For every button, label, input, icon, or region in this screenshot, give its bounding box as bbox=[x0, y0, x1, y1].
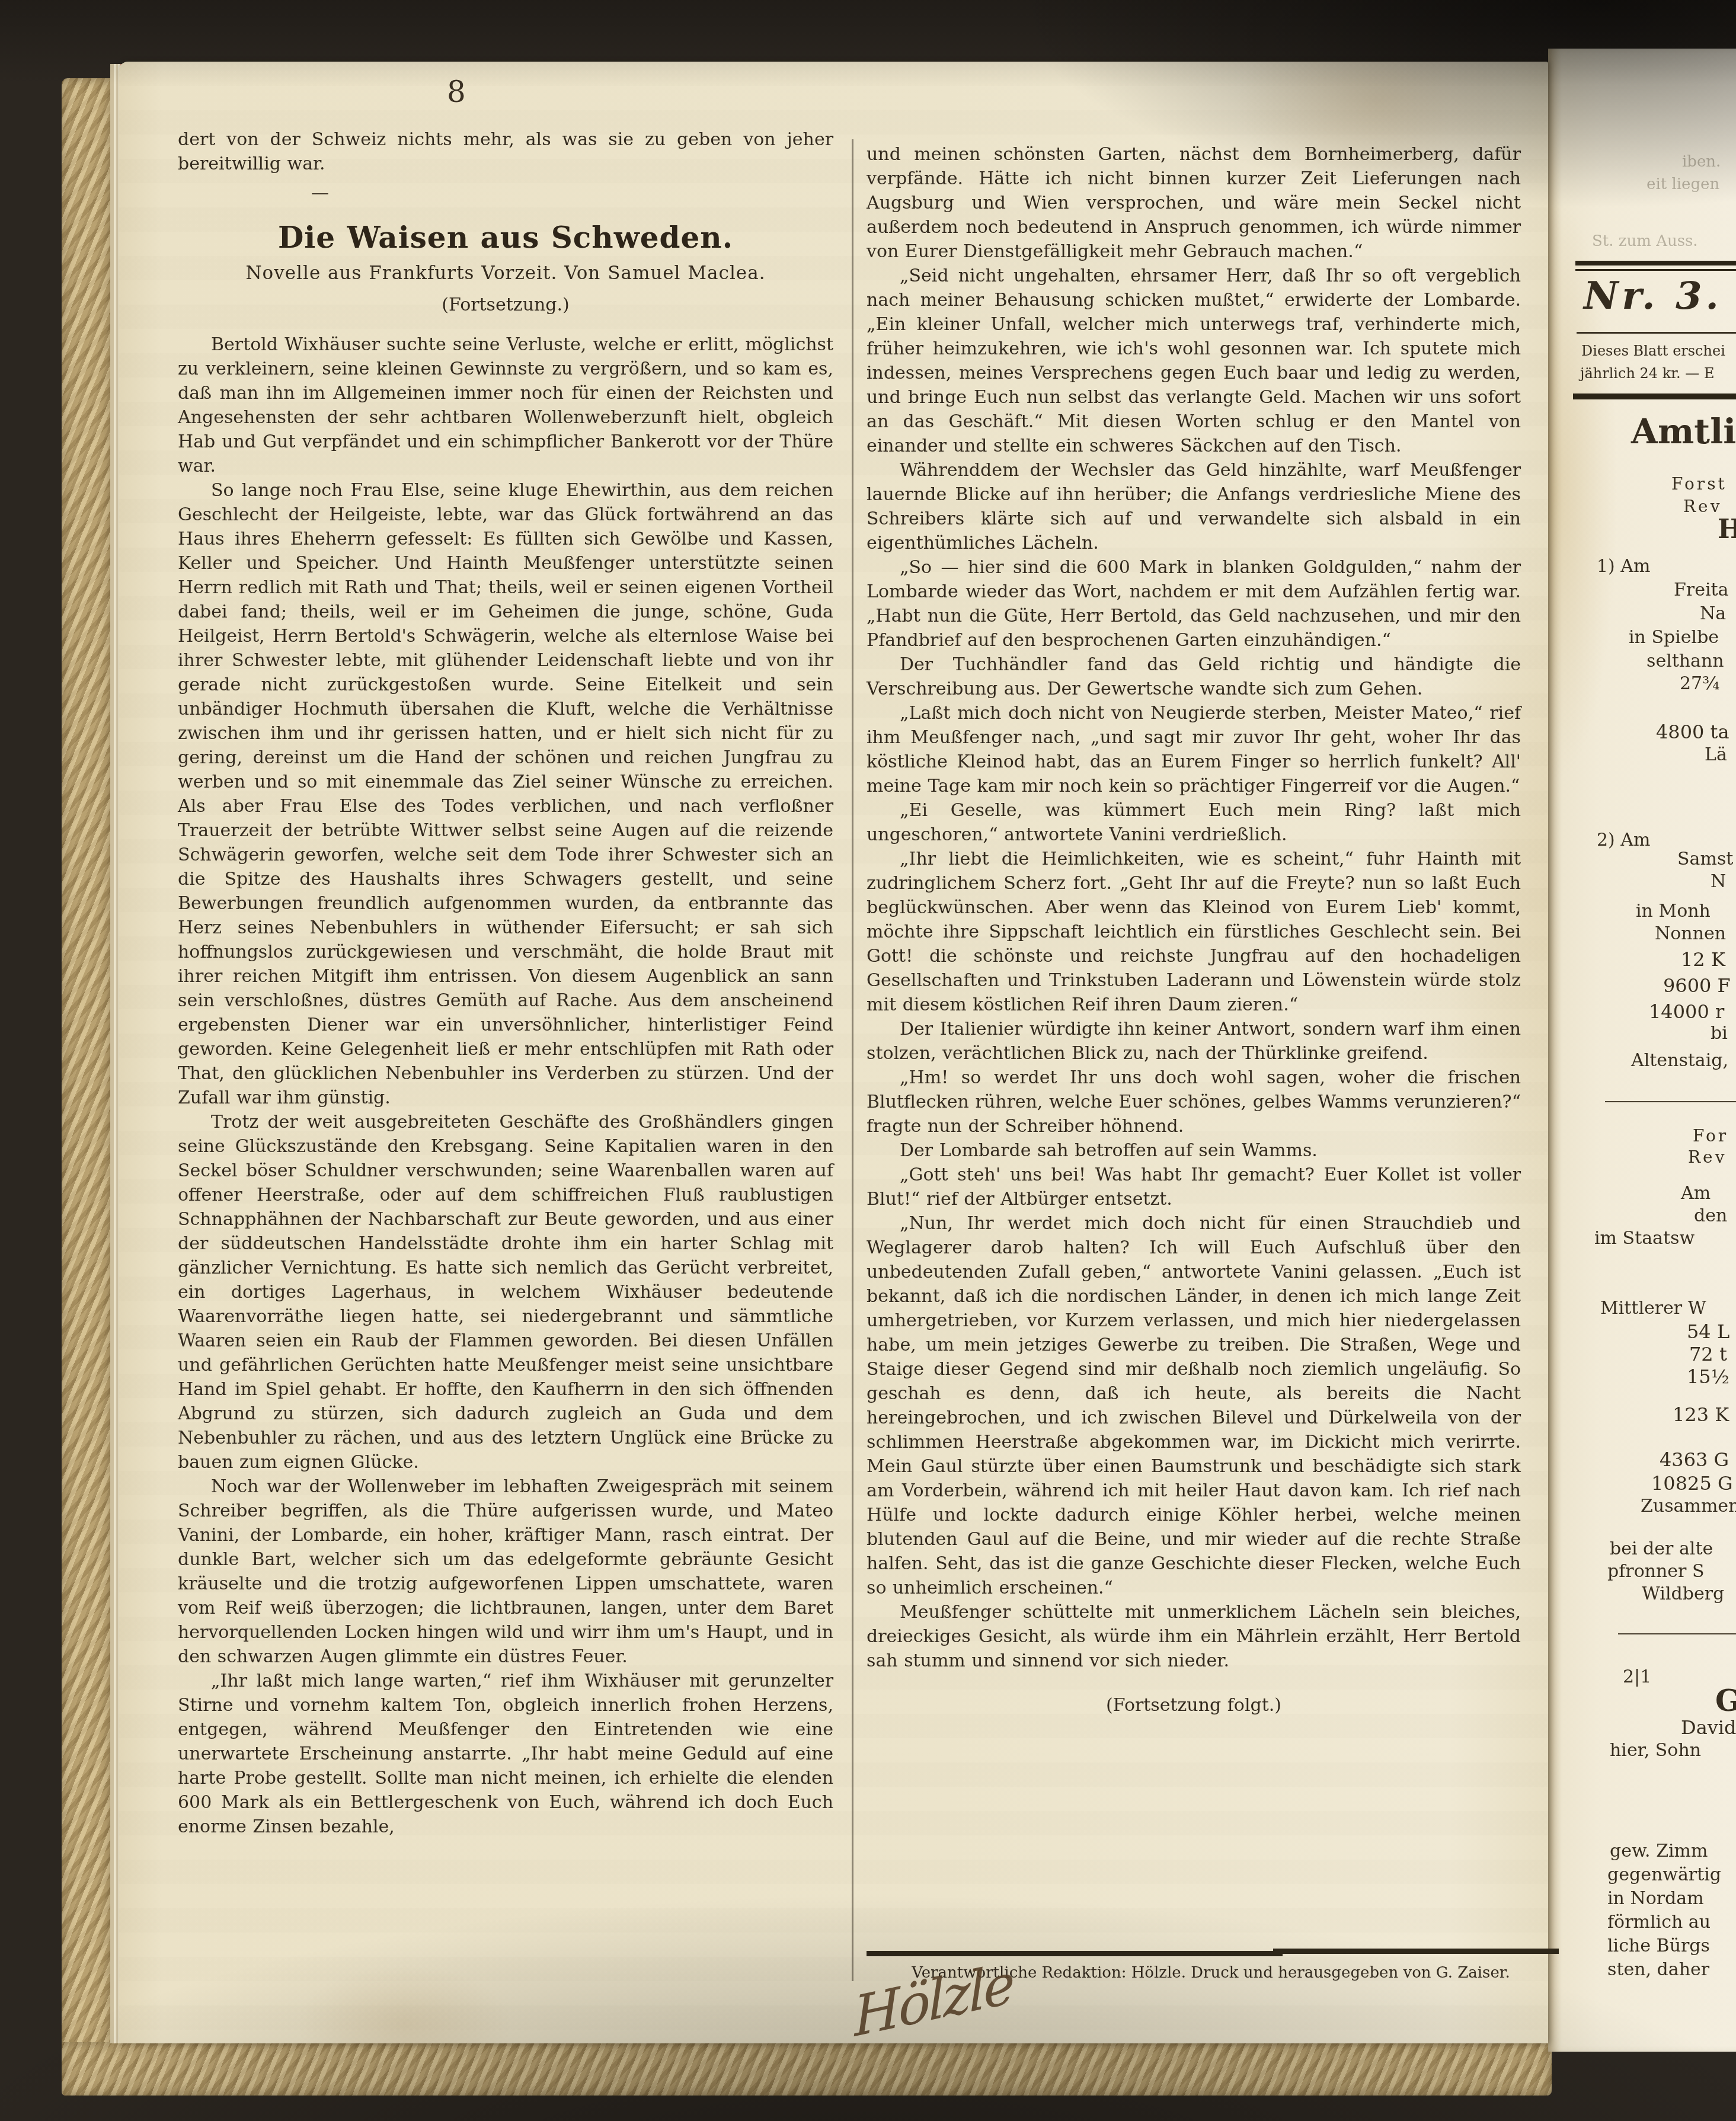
story-paragraph: Noch war der Wollenweber im lebhaften Zw… bbox=[178, 1474, 833, 1669]
right-column-paragraphs: und meinen schönsten Garten, nächst dem … bbox=[867, 142, 1521, 1673]
adjacent-page-text-fragment: in Spielbe bbox=[1629, 627, 1719, 648]
story-paragraph: „Hm! so werdet Ihr uns doch wohl sagen, … bbox=[867, 1066, 1521, 1138]
adjacent-page-text-fragment: Samst bbox=[1677, 849, 1733, 869]
adjacent-page-text-fragment: 123 K bbox=[1673, 1403, 1729, 1426]
adjacent-page-text-fragment: selthann bbox=[1647, 651, 1724, 671]
story-paragraph: und meinen schönsten Garten, nächst dem … bbox=[867, 142, 1521, 264]
story-paragraph: Trotz der weit ausgebreiteten Geschäfte … bbox=[178, 1110, 833, 1474]
story-paragraph: „Nun, Ihr werdet mich doch nicht für ein… bbox=[867, 1211, 1521, 1600]
story-paragraph: „Ei Geselle, was kümmert Euch mein Ring?… bbox=[867, 798, 1521, 847]
masthead-line: Dieses Blatt erschei bbox=[1581, 343, 1725, 359]
adjacent-page-text-fragment: Mittlerer W bbox=[1600, 1298, 1706, 1319]
adjacent-page-text-fragment: im Staatsw bbox=[1594, 1228, 1695, 1249]
adjacent-page-text-fragment: hier, Sohn bbox=[1610, 1740, 1701, 1761]
next-page-issue-number: Nr. 3. bbox=[1584, 274, 1722, 318]
adjacent-page-text-fragment: in Monh bbox=[1636, 901, 1711, 922]
page-number: 8 bbox=[415, 75, 498, 109]
story-paragraph: Der Italienier würdigte ihn keiner Antwo… bbox=[867, 1017, 1521, 1066]
adjacent-page-text-fragment: Altenstaig, bbox=[1631, 1050, 1728, 1071]
continuation-note: (Fortsetzung.) bbox=[178, 293, 833, 317]
story-paragraph: Währenddem der Wechsler das Geld hinzähl… bbox=[867, 458, 1521, 555]
imprint-rule-2 bbox=[1273, 1949, 1559, 1954]
prev-article-tail: dert von der Schweiz nichts mehr, als wa… bbox=[178, 127, 833, 176]
adjacent-page-text-fragment: 12 K bbox=[1681, 948, 1725, 971]
masthead-thin-rule bbox=[1577, 332, 1736, 334]
adjacent-page-text-fragment: Lä bbox=[1705, 744, 1727, 765]
story-paragraph: So lange noch Frau Else, seine kluge Ehe… bbox=[178, 478, 833, 1110]
story-paragraph: „Ihr liebt die Heimlichkeiten, wie es sc… bbox=[867, 847, 1521, 1017]
adjacent-page-text-fragment: bei der alte bbox=[1610, 1538, 1713, 1559]
story-paragraph: „Seid nicht ungehalten, ehrsamer Herr, d… bbox=[867, 264, 1521, 458]
story-paragraph: Bertold Wixhäuser suchte seine Verluste,… bbox=[178, 332, 833, 478]
adjacent-page-text-fragment: bi bbox=[1711, 1023, 1728, 1044]
official-section-heading: Amtli bbox=[1631, 411, 1736, 452]
masthead-double-rule-bottom bbox=[1575, 269, 1736, 271]
adjacent-page-text-fragment: in Nordam bbox=[1607, 1888, 1704, 1909]
masthead-double-rule-top bbox=[1575, 261, 1736, 265]
adjacent-page-text-fragment: Na bbox=[1700, 603, 1726, 624]
right-column: und meinen schönsten Garten, nächst dem … bbox=[867, 142, 1521, 1985]
adjacent-page-text-fragment: 4363 G bbox=[1660, 1448, 1729, 1471]
masthead-thick-rule bbox=[1573, 394, 1736, 399]
adjacent-page-text-fragment: Freita bbox=[1674, 580, 1728, 600]
adjacent-page-text-fragment: förmlich au bbox=[1607, 1912, 1711, 1933]
adjacent-page-text-fragment: H bbox=[1718, 514, 1736, 545]
adjacent-page-text-fragment: 27¾ bbox=[1680, 673, 1719, 694]
adjacent-page-text-fragment: liche Bürgs bbox=[1607, 1936, 1710, 1956]
adjacent-page-text-fragment: Rev bbox=[1688, 1147, 1727, 1167]
story-paragraph: „Ihr laßt mich lange warten,“ rief ihm W… bbox=[178, 1669, 833, 1839]
section-divider: — bbox=[311, 181, 347, 205]
left-column: dert von der Schweiz nichts mehr, als wa… bbox=[178, 127, 833, 1988]
adjacent-page-divider-rule bbox=[1605, 1101, 1736, 1102]
story-paragraph: „So — hier sind die 600 Mark in blanken … bbox=[867, 555, 1521, 652]
column-divider-rule bbox=[852, 139, 853, 1981]
adjacent-page-text-fragment: For bbox=[1693, 1126, 1728, 1146]
left-column-paragraphs: Bertold Wixhäuser suchte seine Verluste,… bbox=[178, 332, 833, 1839]
story-paragraph: „Laßt mich doch nicht von Neugierde ster… bbox=[867, 701, 1521, 798]
adjacent-page-text-fragment: 15½ bbox=[1687, 1365, 1729, 1388]
story-paragraph: Meußfenger schüttelte mit unmerklichem L… bbox=[867, 1600, 1521, 1673]
book-cover-edge-bottom bbox=[62, 2042, 1552, 2096]
adjacent-page-text-fragment: 9600 F bbox=[1663, 974, 1731, 997]
story-paragraph: „Gott steh' uns bei! Was habt Ihr gemach… bbox=[867, 1163, 1521, 1211]
adjacent-page-text-fragment: 1) Am bbox=[1597, 556, 1650, 577]
adjacent-page-text-fragment: N bbox=[1711, 871, 1726, 892]
adjacent-page-text-fragment: 10825 G bbox=[1651, 1472, 1733, 1495]
adjacent-page-text-fragment: gew. Zimm bbox=[1610, 1841, 1708, 1861]
bleed-through-text: eit liegen bbox=[1647, 175, 1719, 193]
adjacent-page-text-fragment: Am bbox=[1681, 1183, 1711, 1204]
book-scan: 8 dert von der Schweiz nichts mehr, als … bbox=[0, 0, 1736, 2121]
adjacent-page-text-fragment: Forst bbox=[1671, 474, 1727, 494]
adjacent-page-text-fragment: Rev bbox=[1683, 497, 1722, 516]
adjacent-page-text-fragment: G bbox=[1715, 1683, 1736, 1718]
book-cover-edge-left bbox=[62, 78, 111, 2096]
adjacent-page-text-fragment: Nonnen bbox=[1655, 923, 1726, 944]
adjacent-page-text-fragment: Zusammen bbox=[1641, 1496, 1736, 1517]
adjacent-page-divider-rule-2 bbox=[1618, 1633, 1736, 1634]
adjacent-page-text-fragment: 72 t bbox=[1689, 1343, 1727, 1365]
adjacent-page-text-fragment: David bbox=[1681, 1716, 1736, 1739]
article-subtitle: Novelle aus Frankfurts Vorzeit. Von Samu… bbox=[178, 261, 833, 286]
story-paragraph: Der Tuchhändler fand das Geld richtig un… bbox=[867, 652, 1521, 701]
imprint-rule bbox=[867, 1951, 1283, 1956]
adjacent-page-text-fragment: 2) Am bbox=[1597, 830, 1650, 850]
continuation-next-note: (Fortsetzung folgt.) bbox=[867, 1693, 1521, 1717]
adjacent-page-text-fragment: sten, daher bbox=[1607, 1959, 1709, 1980]
adjacent-page-text-fragment: 14000 r bbox=[1649, 1000, 1724, 1023]
adjacent-page-text-fragment: pfronner S bbox=[1607, 1561, 1705, 1582]
adjacent-page-text-fragment: 54 L bbox=[1687, 1320, 1729, 1343]
article-title: Die Waisen aus Schweden. bbox=[178, 225, 833, 249]
bleed-through-text: St. zum Auss. bbox=[1592, 232, 1698, 250]
adjacent-page-text-fragment: 2|1 bbox=[1623, 1666, 1651, 1687]
story-paragraph: Der Lombarde sah betroffen auf sein Wamm… bbox=[867, 1138, 1521, 1163]
adjacent-page-text-fragment: den bbox=[1694, 1205, 1727, 1226]
adjacent-page-text-fragment: 4800 ta bbox=[1656, 721, 1729, 743]
bleed-through-text: iben. bbox=[1682, 153, 1721, 171]
adjacent-page-text-fragment: Wildberg bbox=[1642, 1583, 1724, 1604]
adjacent-page-text-fragment: gegenwärtig bbox=[1607, 1864, 1721, 1885]
masthead-line: jährlich 24 kr. — E bbox=[1580, 365, 1715, 382]
